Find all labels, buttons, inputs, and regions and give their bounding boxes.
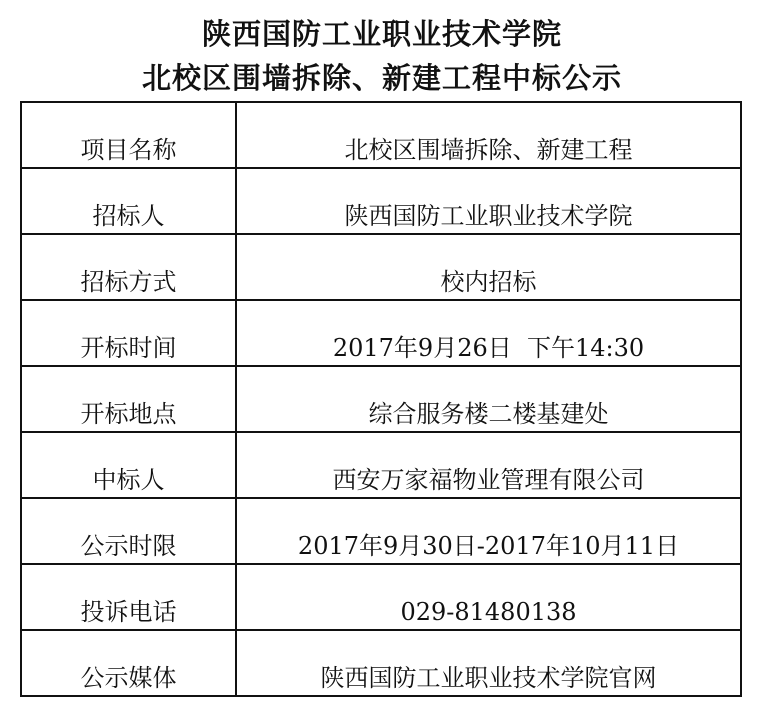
row-value: 2017年9月30日-2017年10月11日 — [236, 498, 741, 564]
row-value: 北校区围墙拆除、新建工程 — [236, 102, 741, 168]
row-label: 招标方式 — [21, 234, 236, 300]
row-label: 招标人 — [21, 168, 236, 234]
row-value: 陕西国防工业职业技术学院 — [236, 168, 741, 234]
table-row-opening-time: 开标时间 2017年9月26日 下午14:30 — [21, 300, 741, 366]
table-row-publicity-media: 公示媒体 陕西国防工业职业技术学院官网 — [21, 630, 741, 696]
row-label: 公示媒体 — [21, 630, 236, 696]
row-label: 开标地点 — [21, 366, 236, 432]
bid-announcement-table: 项目名称 北校区围墙拆除、新建工程 招标人 陕西国防工业职业技术学院 招标方式 … — [20, 101, 742, 697]
row-value: 综合服务楼二楼基建处 — [236, 366, 741, 432]
table-row-publicity-period: 公示时限 2017年9月30日-2017年10月11日 — [21, 498, 741, 564]
row-value: 西安万家福物业管理有限公司 — [236, 432, 741, 498]
row-label: 投诉电话 — [21, 564, 236, 630]
row-value: 陕西国防工业职业技术学院官网 — [236, 630, 741, 696]
row-label: 公示时限 — [21, 498, 236, 564]
row-label: 项目名称 — [21, 102, 236, 168]
table-row-complaint-phone: 投诉电话 029-81480138 — [21, 564, 741, 630]
document-title-line1: 陕西国防工业职业技术学院 — [0, 16, 764, 52]
table-row-project-name: 项目名称 北校区围墙拆除、新建工程 — [21, 102, 741, 168]
document-title-line2: 北校区围墙拆除、新建工程中标公示 — [0, 60, 764, 96]
row-value: 2017年9月26日 下午14:30 — [236, 300, 741, 366]
row-value: 校内招标 — [236, 234, 741, 300]
row-label: 中标人 — [21, 432, 236, 498]
table-row-tender-method: 招标方式 校内招标 — [21, 234, 741, 300]
table-row-tenderer: 招标人 陕西国防工业职业技术学院 — [21, 168, 741, 234]
table-row-winning-bidder: 中标人 西安万家福物业管理有限公司 — [21, 432, 741, 498]
row-label: 开标时间 — [21, 300, 236, 366]
table-row-opening-location: 开标地点 综合服务楼二楼基建处 — [21, 366, 741, 432]
row-value: 029-81480138 — [236, 564, 741, 630]
